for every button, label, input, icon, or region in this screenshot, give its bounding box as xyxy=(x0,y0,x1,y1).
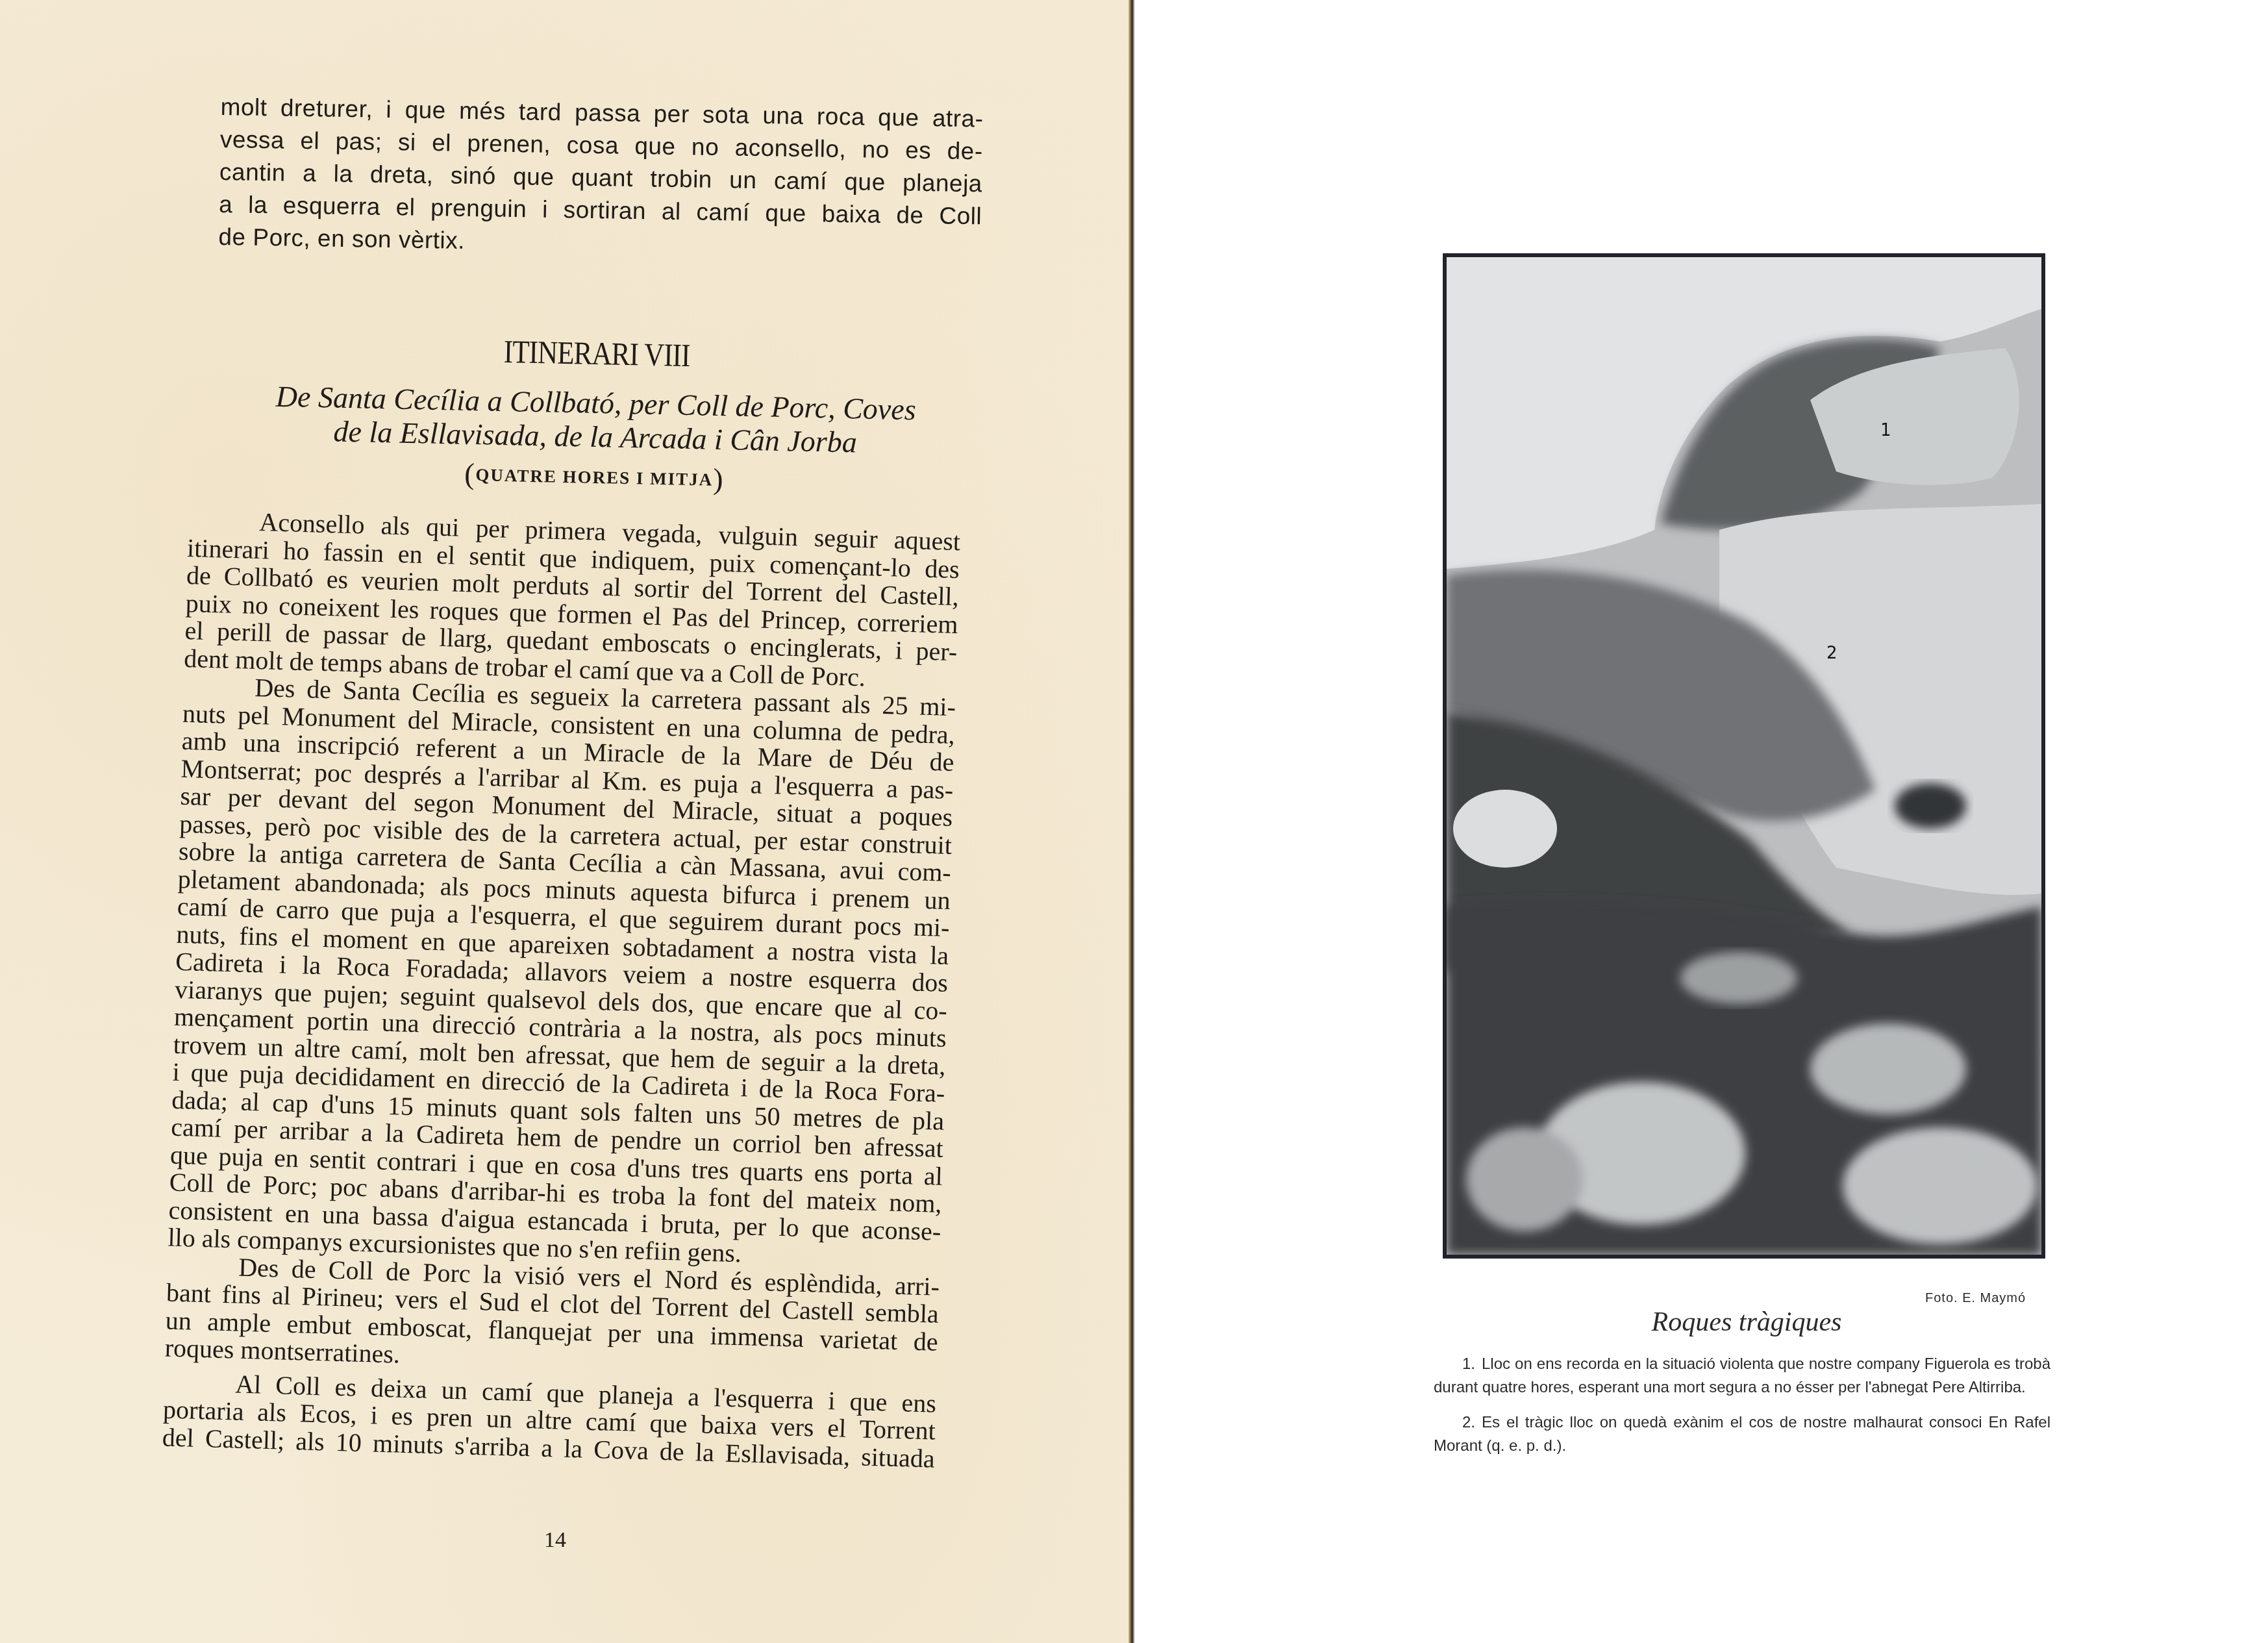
itinerary-heading: ITINERARI VIII De Santa Cecília a Collba… xyxy=(211,327,980,502)
continuation-paragraph: molt dreturer, i que més tard passa per … xyxy=(218,91,984,265)
duration-text: QUATRE HORES I MITJA xyxy=(475,465,713,490)
caption-note-2: 2.Es el tràgic lloc on quedà exànim el c… xyxy=(1434,1411,2050,1458)
marker-1: 1 xyxy=(1880,421,1891,440)
page-number: 14 xyxy=(544,1528,566,1553)
itinerary-title: ITINERARI VIII xyxy=(503,332,690,374)
caption-note-1: 1.Lloc on ens recorda en la situació vio… xyxy=(1434,1353,2050,1399)
paren-open: ( xyxy=(464,457,476,490)
rock-photograph: 1 2 xyxy=(1443,253,2045,1259)
paren-close: ) xyxy=(713,462,725,495)
itinerary-body: Aconsello als qui per primera vegada, vu… xyxy=(162,507,960,1473)
caption-notes: 1.Lloc on ens recorda en la situació vio… xyxy=(1434,1353,2050,1470)
book-gutter xyxy=(1128,0,1135,1643)
marker-2: 2 xyxy=(1826,644,1838,663)
mountain-photo-illustration xyxy=(1447,257,2041,1255)
caption-title: Roques tràgiques xyxy=(1435,1307,2058,1338)
itinerary-subtitle: De Santa Cecília a Collbató, per Coll de… xyxy=(212,379,979,462)
photo-credit: Foto. E. Maymó xyxy=(1925,1291,2026,1306)
left-page: molt dreturer, i que més tard passa per … xyxy=(0,0,1133,1643)
